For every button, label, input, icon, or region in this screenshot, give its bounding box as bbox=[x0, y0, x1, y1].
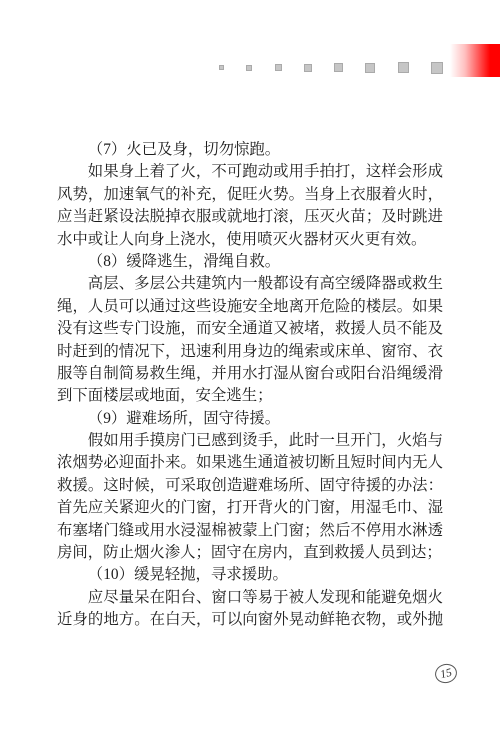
deco-square bbox=[398, 62, 409, 73]
text-line: 时赶到的情况下，迅速利用身边的绳索或床单、窗帘、衣 bbox=[57, 341, 443, 363]
text-line: （9）避难场所，固守待援。 bbox=[57, 408, 443, 430]
text-line: 服等自制简易救生绳，并用水打湿从窗台或阳台沿绳缓滑 bbox=[57, 363, 443, 385]
deco-square bbox=[219, 65, 224, 70]
deco-square bbox=[275, 64, 282, 71]
squares-row bbox=[219, 61, 443, 74]
accent-gradient-bar bbox=[450, 44, 500, 77]
text-line: 布塞堵门缝或用水浸湿棉被蒙上门窗；然后不停用水淋透 bbox=[57, 520, 443, 542]
deco-square bbox=[431, 62, 443, 74]
text-line: 应尽量呆在阳台、窗口等易于被人发现和能避免烟火 bbox=[57, 587, 443, 609]
deco-square bbox=[334, 63, 343, 72]
text-line: 没有这些专门设施，而安全通道又被堵，救援人员不能及 bbox=[57, 318, 443, 340]
text-line: 近身的地方。在白天，可以向窗外晃动鲜艳衣物，或外抛 bbox=[57, 609, 443, 631]
page-number-badge: 15 bbox=[433, 662, 459, 686]
text-line: （8）缓降逃生，滑绳自救。 bbox=[57, 251, 443, 273]
text-line: （10）缓晃轻抛，寻求援助。 bbox=[57, 564, 443, 586]
text-line: 假如用手摸房门已感到烫手，此时一旦开门，火焰与 bbox=[57, 430, 443, 452]
deco-square bbox=[365, 63, 375, 73]
text-line: 如果身上着了火，不可跑动或用手拍打，这样会形成 bbox=[57, 161, 443, 183]
text-line: 浓烟势必迎面扑来。如果逃生通道被切断且短时间内无人 bbox=[57, 452, 443, 474]
text-line: 首先应关紧迎火的门窗，打开背火的门窗，用湿毛巾、湿 bbox=[57, 497, 443, 519]
text-block: （7）火已及身，切勿惊跑。如果身上着了火，不可跑动或用手拍打，这样会形成风势，加… bbox=[57, 139, 443, 632]
text-line: 高层、多层公共建筑内一般都设有高空缓降器或救生 bbox=[57, 273, 443, 295]
text-line: 房间，防止烟火渗人；固守在房内，直到救援人员到达； bbox=[57, 542, 443, 564]
text-line: （7）火已及身，切勿惊跑。 bbox=[57, 139, 443, 161]
deco-square bbox=[246, 65, 252, 71]
text-line: 水中或让人向身上浇水，使用喷灭火器材灭火更有效。 bbox=[57, 229, 443, 251]
page-number: 15 bbox=[439, 666, 453, 680]
text-line: 风势，加速氧气的补充，促旺火势。当身上衣服着火时， bbox=[57, 184, 443, 206]
text-line: 绳，人员可以通过这些设施安全地离开危险的楼层。如果 bbox=[57, 296, 443, 318]
text-line: 应当赶紧设法脱掉衣服或就地打滚，压灭火苗；及时跳进 bbox=[57, 206, 443, 228]
text-line: 救援。这时候，可采取创造避难场所、固守待援的办法： bbox=[57, 475, 443, 497]
text-line: 到下面楼层或地面，安全逃生； bbox=[57, 385, 443, 407]
book-page: （7）火已及身，切勿惊跑。如果身上着了火，不可跑动或用手拍打，这样会形成风势，加… bbox=[0, 0, 500, 730]
deco-square bbox=[304, 64, 312, 72]
